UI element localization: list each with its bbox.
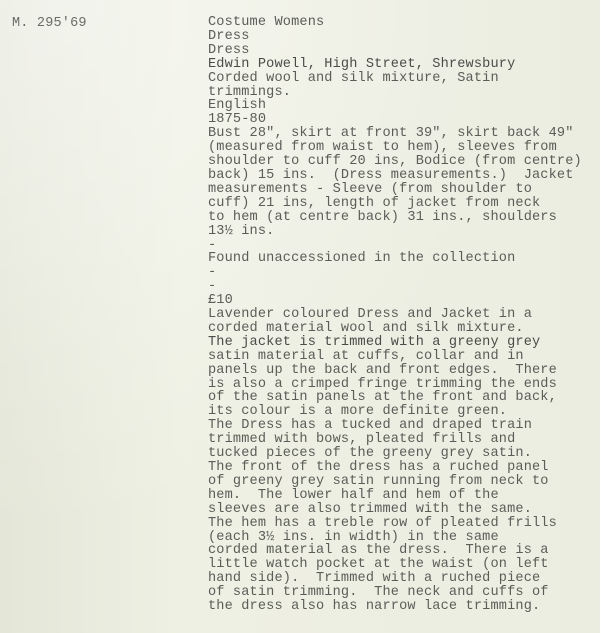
description-field: Lavender coloured Dress and Jacket in a … — [208, 308, 598, 614]
description-line: of greeny grey satin running from neck t… — [208, 475, 598, 489]
material-line: Corded wool and silk mixture, Satin — [208, 72, 598, 86]
description-line: The front of the dress has a ruched pane… — [208, 461, 598, 475]
description-line: Lavender coloured Dress and Jacket in a — [208, 308, 598, 322]
description-line: is also a crimped fringe trimming the en… — [208, 378, 598, 392]
description-line: satin material at cuffs, collar and in — [208, 350, 598, 364]
object-name-field: Dress — [208, 44, 598, 58]
maker-field: Edwin Powell, High Street, Shrewsbury — [208, 58, 598, 72]
description-line: sleeves are also trimmed with the same. — [208, 503, 598, 517]
measurements-line: (measured from waist to hem), sleeves fr… — [208, 141, 598, 155]
valuation-field: £10 — [208, 294, 598, 308]
blank-field: - — [208, 280, 598, 294]
description-line: the dress also has narrow lace trimming. — [208, 600, 598, 614]
category-field: Costume Womens — [208, 16, 598, 30]
description-line: of the satin panels at the front and bac… — [208, 391, 598, 405]
measurements-field: Bust 28", skirt at front 39", skirt back… — [208, 127, 598, 238]
measurements-line: cuff) 21 ins, length of jacket from neck — [208, 197, 598, 211]
catalogue-card: M. 295'69 Costume Womens Dress Dress Edw… — [0, 0, 600, 633]
accession-number: M. 295'69 — [12, 16, 87, 31]
measurements-line: measurements - Sleeve (from shoulder to — [208, 183, 598, 197]
description-line: tucked pieces of the greeny grey satin. — [208, 447, 598, 461]
date-field: 1875-80 — [208, 113, 598, 127]
description-line: corded material wool and silk mixture. — [208, 322, 598, 336]
description-line: The hem has a treble row of pleated fril… — [208, 517, 598, 531]
blank-field: - — [208, 239, 598, 253]
description-line: of satin trimming. The neck and cuffs of — [208, 586, 598, 600]
material-field: Corded wool and silk mixture, Satin trim… — [208, 72, 598, 100]
description-line: hem. The lower half and hem of the — [208, 489, 598, 503]
blank-field: - — [208, 266, 598, 280]
measurements-line: to hem (at centre back) 31 ins., shoulde… — [208, 211, 598, 225]
record-fields: Costume Womens Dress Dress Edwin Powell,… — [208, 16, 598, 614]
object-type-field: Dress — [208, 30, 598, 44]
description-line: The Dress has a tucked and draped train — [208, 419, 598, 433]
acquisition-field: Found unaccessioned in the collection — [208, 252, 598, 266]
material-line: trimmings. — [208, 86, 598, 100]
description-line: The jacket is trimmed with a greeny grey — [208, 336, 598, 350]
description-line: (each 3½ ins. in width) in the same — [208, 531, 598, 545]
measurements-line: shoulder to cuff 20 ins, Bodice (from ce… — [208, 155, 598, 169]
description-line: little watch pocket at the waist (on lef… — [208, 558, 598, 572]
measurements-line: Bust 28", skirt at front 39", skirt back… — [208, 127, 598, 141]
description-line: hand side). Trimmed with a ruched piece — [208, 572, 598, 586]
measurements-line: 13½ ins. — [208, 225, 598, 239]
description-line: trimmed with bows, pleated frills and — [208, 433, 598, 447]
description-line: corded material as the dress. There is a — [208, 544, 598, 558]
description-line: its colour is a more definite green. — [208, 405, 598, 419]
description-line: panels up the back and front edges. Ther… — [208, 364, 598, 378]
origin-field: English — [208, 99, 598, 113]
measurements-line: back) 15 ins. (Dress measurements.) Jack… — [208, 169, 598, 183]
